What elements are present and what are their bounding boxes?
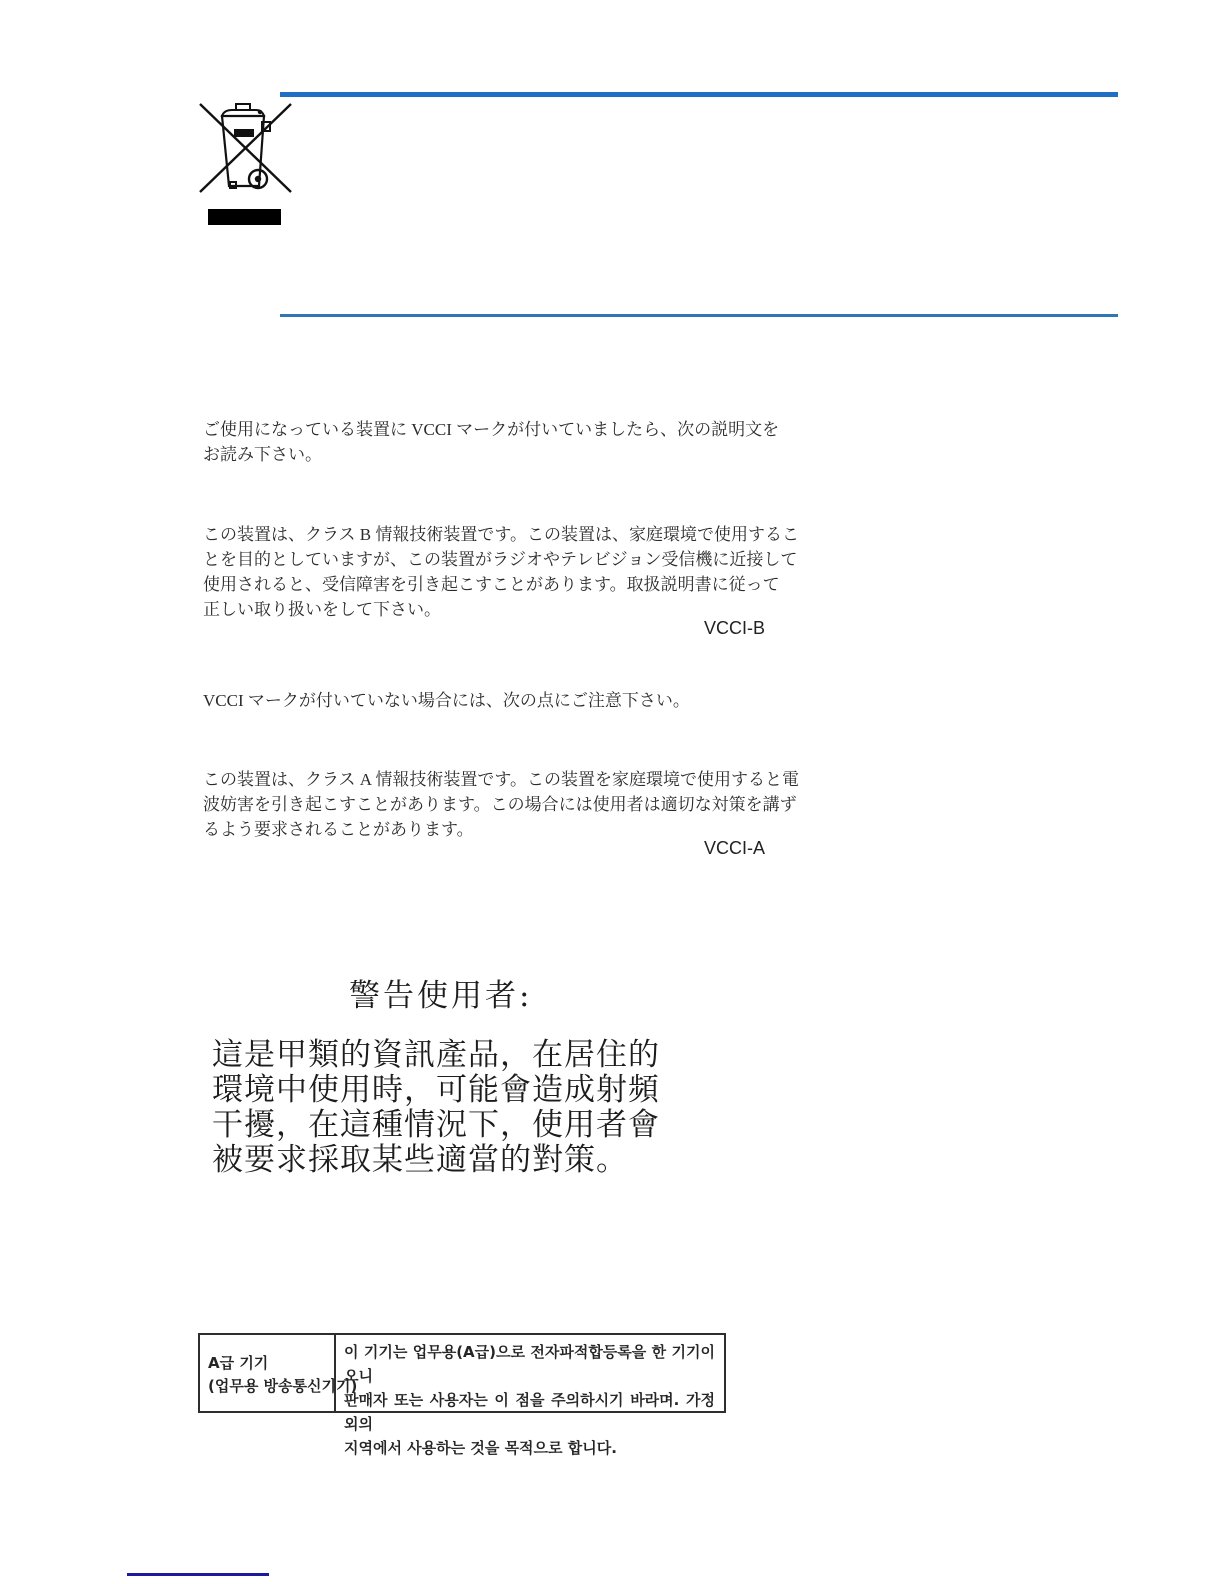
text-line: 這是甲類的資訊產品，在居住的: [212, 1038, 660, 1073]
taiwan-warning-title: 警告使用者:: [349, 970, 532, 1015]
text-line: 被要求採取某些適當的對策。: [212, 1143, 660, 1178]
jp-vcci-b-paragraph: この装置は、クラス B 情報技術装置です。この装置は、家庭環境で使用するこ とを…: [203, 522, 773, 622]
text-line: ご使用になっている装置に VCCI マークが付いていましたら、次の説明文を: [203, 417, 773, 442]
text-line: VCCI マークが付いていない場合には、次の点にご注意下さい。: [203, 688, 773, 713]
jp-intro-paragraph: ご使用になっている装置に VCCI マークが付いていましたら、次の説明文を お読…: [203, 417, 773, 467]
text-line: 使用されると、受信障害を引き起こすことがあります。取扱説明書に従って: [203, 572, 773, 597]
text-line: 지역에서 사용하는 것을 목적으로 합니다.: [344, 1436, 715, 1460]
weee-crossed-out-wheeled-bin-icon: [194, 98, 300, 208]
text-line: 波妨害を引き起こすことがあります。この場合には使用者は適切な対策を講ず: [203, 792, 773, 817]
taiwan-warning-body: 這是甲類的資訊產品，在居住的 環境中使用時，可能會造成射頻 干擾，在這種情況下，…: [212, 1038, 660, 1178]
text-line: 이 기기는 업무용(A급)으로 전자파적합등록을 한 기기이오니: [344, 1340, 715, 1388]
vcci-a-label: VCCI-A: [203, 838, 765, 859]
text-line: 環境中使用時，可能會造成射頻: [212, 1073, 660, 1108]
text-line: 판매자 또는 사용자는 이 점을 주의하시기 바라며. 가정 외의: [344, 1388, 715, 1436]
footer-rule-mark: [127, 1573, 269, 1576]
jp-vcci-a-paragraph: この装置は、クラス A 情報技術装置です。この装置を家庭環境で使用すると電 波妨…: [203, 767, 773, 842]
second-section-rule: [280, 314, 1118, 317]
document-page: ご使用になっている装置に VCCI マークが付いていましたら、次の説明文を お読…: [0, 0, 1224, 1584]
weee-black-bar: [208, 209, 281, 225]
text-line: とを目的としていますが、この装置がラジオやテレビジョン受信機に近接して: [203, 547, 773, 572]
text-line: お読み下さい。: [203, 442, 773, 467]
korean-body-cell: 이 기기는 업무용(A급)으로 전자파적합등록을 한 기기이오니 판매자 또는 …: [336, 1335, 724, 1411]
text-line: 干擾，在這種情況下，使用者會: [212, 1108, 660, 1143]
text-line: この装置は、クラス A 情報技術装置です。この装置を家庭環境で使用すると電: [203, 767, 773, 792]
korean-class-cell: A급 기기 (업무용 방송통신기기): [200, 1335, 336, 1411]
top-section-rule: [280, 92, 1118, 97]
text-line: A급 기기: [208, 1352, 330, 1375]
vcci-b-label: VCCI-B: [203, 618, 765, 639]
jp-no-mark-note: VCCI マークが付いていない場合には、次の点にご注意下さい。: [203, 688, 773, 713]
text-line: (업무용 방송통신기기): [208, 1375, 330, 1398]
korean-class-a-table: A급 기기 (업무용 방송통신기기) 이 기기는 업무용(A급)으로 전자파적합…: [198, 1333, 726, 1413]
text-line: この装置は、クラス B 情報技術装置です。この装置は、家庭環境で使用するこ: [203, 522, 773, 547]
